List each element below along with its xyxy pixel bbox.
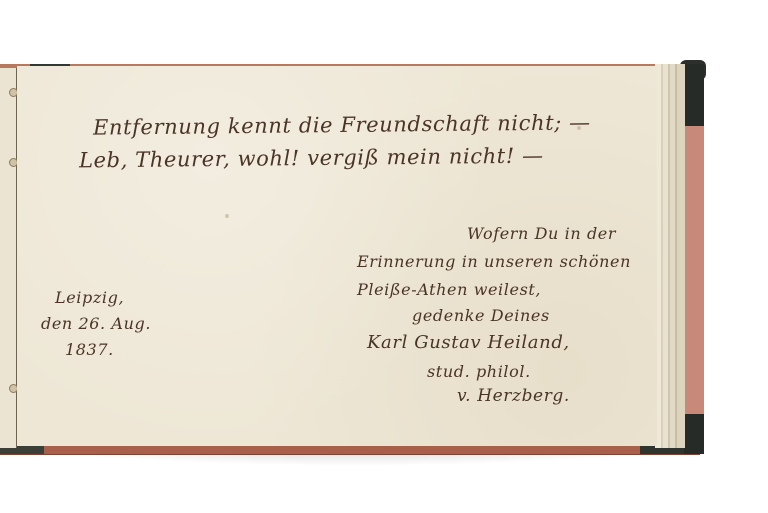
dedication-line-2: Erinnerung in unseren schönen <box>357 252 631 271</box>
album-page: Entfernung kennt die Freundschaft nicht;… <box>17 66 657 446</box>
date-text: den 26. Aug. <box>41 314 151 333</box>
verse-line-1: Entfernung kennt die Freundschaft nicht;… <box>93 110 591 139</box>
year-text: 1837. <box>65 340 114 359</box>
dedication-line-4: gedenke Deines <box>412 306 550 325</box>
page-stack-edges <box>655 64 685 448</box>
cover-right-edge <box>684 64 704 454</box>
dedication-line-1: Wofern Du in der <box>467 224 616 243</box>
cover-cap-top <box>684 64 704 126</box>
verse-line-2: Leb, Theurer, wohl! vergiß mein nicht! — <box>79 144 544 173</box>
signature-origin: v. Herzberg. <box>457 386 570 406</box>
paper-foxing-spot <box>225 214 229 218</box>
open-album: Entfernung kennt die Freundschaft nicht;… <box>0 0 768 513</box>
left-page-gutter <box>0 68 17 448</box>
place-text: Leipzig, <box>55 288 124 307</box>
signature-title: stud. philol. <box>427 362 531 381</box>
cover-cap-bottom <box>684 414 704 454</box>
dedication-line-3: Pleiße-Athen weilest, <box>357 280 541 299</box>
signature-name: Karl Gustav Heiland, <box>367 332 570 353</box>
cover-bottom-edge <box>0 446 700 455</box>
